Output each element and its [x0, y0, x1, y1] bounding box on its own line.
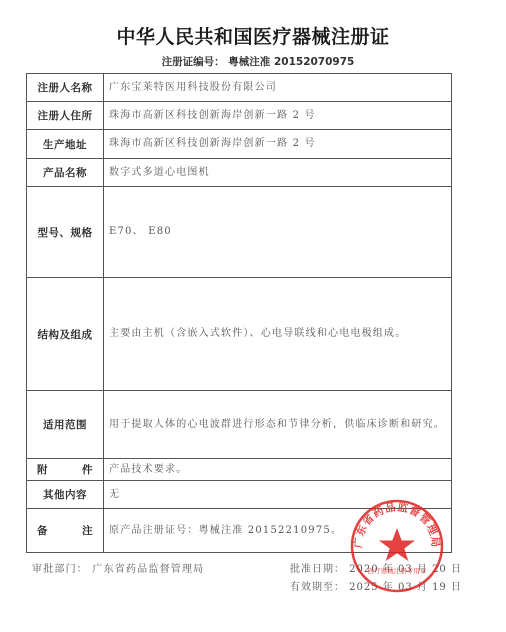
seal-inner-text: 医疗器械注册专用章 — [368, 566, 427, 575]
table-row: 生产地址 珠海市高新区科技创新海岸创新一路 2 号 — [27, 130, 452, 159]
row-value: E70、 E80 — [104, 187, 452, 278]
registration-number: 注册证编号： 粤械注准 20152070975 — [148, 54, 368, 69]
row-value: 用于提取人体的心电波群进行形态和节律分析，供临床诊断和研究。 — [104, 391, 452, 459]
row-label: 产品名称 — [27, 159, 104, 187]
official-seal-icon: 广东省药品监督管理局 医疗器械注册专用章 — [349, 498, 445, 594]
row-value: 数字式多道心电图机 — [104, 159, 452, 187]
row-label: 适用范围 — [27, 391, 104, 459]
row-value: 珠海市高新区科技创新海岸创新一路 2 号 — [104, 130, 452, 159]
row-label: 注册人名称 — [27, 74, 104, 102]
certificate-table: 注册人名称 广东宝莱特医用科技股份有限公司 注册人住所 珠海市高新区科技创新海岸… — [26, 73, 452, 553]
row-value: 产品技术要求。 — [104, 459, 452, 481]
table-row: 产品名称 数字式多道心电图机 — [27, 159, 452, 187]
table-row: 注册人住所 珠海市高新区科技创新海岸创新一路 2 号 — [27, 102, 452, 130]
approval-department: 审批部门： 广东省药品监督管理局 — [32, 560, 204, 575]
row-label: 附 件 — [27, 459, 104, 481]
row-label: 备 注 — [27, 509, 104, 553]
table-row: 结构及组成 主要由主机（含嵌入式软件）、心电导联线和心电电极组成。 — [27, 278, 452, 391]
row-label: 其他内容 — [27, 481, 104, 509]
row-value: 珠海市高新区科技创新海岸创新一路 2 号 — [104, 102, 452, 130]
row-value: 广东宝莱特医用科技股份有限公司 — [104, 74, 452, 102]
row-label: 型号、规格 — [27, 187, 104, 278]
table-row: 附 件 产品技术要求。 — [27, 459, 452, 481]
table-row: 适用范围 用于提取人体的心电波群进行形态和节律分析，供临床诊断和研究。 — [27, 391, 452, 459]
document-title: 中华人民共和国医疗器械注册证 — [0, 22, 506, 49]
row-label: 注册人住所 — [27, 102, 104, 130]
row-label: 生产地址 — [27, 130, 104, 159]
table-row: 注册人名称 广东宝莱特医用科技股份有限公司 — [27, 74, 452, 102]
table-row: 型号、规格 E70、 E80 — [27, 187, 452, 278]
row-value: 主要由主机（含嵌入式软件）、心电导联线和心电电极组成。 — [104, 278, 452, 391]
row-label: 结构及组成 — [27, 278, 104, 391]
